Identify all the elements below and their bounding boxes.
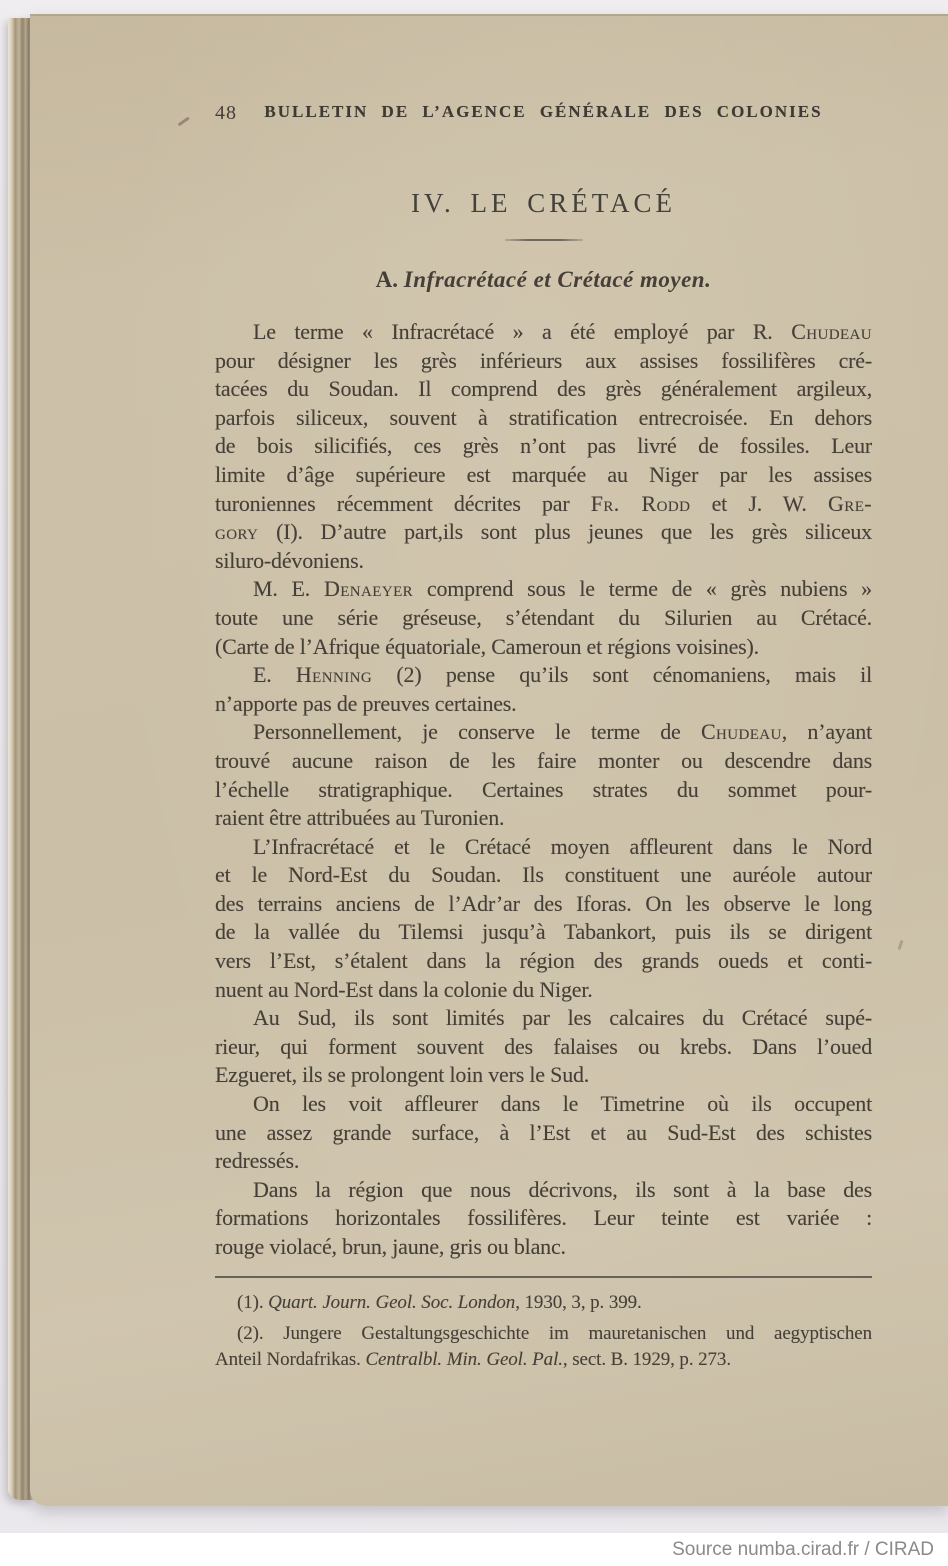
footnotes: (1). Quart. Journ. Geol. Soc. London, 19… <box>215 1290 872 1373</box>
text-line: parfois siliceux, souvent à stratificati… <box>215 404 872 433</box>
source-footer: Source numba.cirad.fr / CIRAD <box>0 1533 948 1566</box>
text-line: n’apporte pas de preuves certaines. <box>215 690 872 719</box>
text-line: toute une série gréseuse, s’étendant du … <box>215 604 872 633</box>
journal-title: BULLETIN DE L’AGENCE GÉNÉRALE DES COLONI… <box>215 102 872 122</box>
text-line: nuent au Nord-Est dans la colonie du Nig… <box>215 976 872 1005</box>
scan-background: 48 BULLETIN DE L’AGENCE GÉNÉRALE DES COL… <box>0 0 948 1566</box>
paragraph: (2). Jungere Gestaltungsgeschichte im ma… <box>215 1321 872 1373</box>
text-line: Dans la région que nous décrivons, ils s… <box>215 1176 872 1205</box>
paragraph: Dans la région que nous décrivons, ils s… <box>215 1176 872 1262</box>
text-line: de la vallée du Tilemsi jusqu’à Tabankor… <box>215 918 872 947</box>
text-line: des terrains anciens de l’Adr’ar des Ifo… <box>215 890 872 919</box>
text-line: pour désigner les grès inférieurs aux as… <box>215 347 872 376</box>
text-line: Au Sud, ils sont limités par les calcair… <box>215 1004 872 1033</box>
page-content: 48 BULLETIN DE L’AGENCE GÉNÉRALE DES COL… <box>30 16 948 1373</box>
subsection-heading: A. Infracrétacé et Crétacé moyen. <box>215 267 872 293</box>
text-line: l’échelle stratigraphique. Certaines str… <box>215 776 872 805</box>
paragraph: (1). Quart. Journ. Geol. Soc. London, 19… <box>215 1290 872 1316</box>
paragraph: Personnellement, je conserve le terme de… <box>215 718 872 832</box>
text-line: une assez grande surface, à l’Est et au … <box>215 1119 872 1148</box>
subsection-title: Infracrétacé et Crétacé moyen. <box>404 267 712 292</box>
text-line: rouge violacé, brun, jaune, gris ou blan… <box>215 1233 872 1262</box>
text-line: vers l’Est, s’étalent dans la région des… <box>215 947 872 976</box>
text-line: trouvé aucune raison de les faire monter… <box>215 747 872 776</box>
text-line: siluro-dévoniens. <box>215 547 872 576</box>
text-line: limite d’âge supérieure est marquée au N… <box>215 461 872 490</box>
paragraph: Le terme « Infracrétacé » a été employé … <box>215 318 872 575</box>
text-line: raient être attribuées au Turonien. <box>215 804 872 833</box>
text-line: et le Nord-Est du Soudan. Ils constituen… <box>215 861 872 890</box>
text-line: Le terme « Infracrétacé » a été employé … <box>215 318 872 347</box>
section-title: IV. LE CRÉTACÉ <box>215 188 872 219</box>
text-line: turoniennes récemment décrites par Fr. R… <box>215 490 872 519</box>
text-line: formations horizontales fossilifères. Le… <box>215 1204 872 1233</box>
paragraph: M. E. Denaeyer comprend sous le terme de… <box>215 575 872 661</box>
text-line: rieur, qui forment souvent des falaises … <box>215 1033 872 1062</box>
paragraph: Au Sud, ils sont limités par les calcair… <box>215 1004 872 1090</box>
text-line: (Carte de l’Afrique équatoriale, Camerou… <box>215 633 872 662</box>
text-line: Ezgueret, ils se prolongent loin vers le… <box>215 1061 872 1090</box>
source-credit: Source numba.cirad.fr / CIRAD <box>672 1539 934 1561</box>
text-line: On les voit affleurer dans le Timetrine … <box>215 1090 872 1119</box>
text-line: Anteil Nordafrikas. Centralbl. Min. Geol… <box>215 1347 872 1373</box>
text-line: de bois silicifiés, ces grès n’ont pas l… <box>215 432 872 461</box>
text-line: Personnellement, je conserve le terme de… <box>215 718 872 747</box>
page-number: 48 <box>215 102 237 125</box>
text-line: E. Henning (2) pense qu’ils sont cénoman… <box>215 661 872 690</box>
book-page: 48 BULLETIN DE L’AGENCE GÉNÉRALE DES COL… <box>30 14 948 1506</box>
text-line: (2). Jungere Gestaltungsgeschichte im ma… <box>215 1321 872 1347</box>
text-line: (1). Quart. Journ. Geol. Soc. London, 19… <box>215 1290 872 1316</box>
paragraph: On les voit affleurer dans le Timetrine … <box>215 1090 872 1176</box>
text-line: L’Infracrétacé et le Crétacé moyen affle… <box>215 833 872 862</box>
page-header: 48 BULLETIN DE L’AGENCE GÉNÉRALE DES COL… <box>215 102 872 126</box>
text-line: tacées du Soudan. Il comprend des grès g… <box>215 375 872 404</box>
body-text: Le terme « Infracrétacé » a été employé … <box>215 318 872 1262</box>
text-line: gory (I). D’autre part,ils sont plus jeu… <box>215 518 872 547</box>
title-divider <box>505 239 583 241</box>
text-line: M. E. Denaeyer comprend sous le terme de… <box>215 575 872 604</box>
paragraph: L’Infracrétacé et le Crétacé moyen affle… <box>215 833 872 1005</box>
footnote-divider <box>215 1276 872 1278</box>
subsection-prefix: A. <box>376 267 398 292</box>
text-line: redressés. <box>215 1147 872 1176</box>
paragraph: E. Henning (2) pense qu’ils sont cénoman… <box>215 661 872 718</box>
